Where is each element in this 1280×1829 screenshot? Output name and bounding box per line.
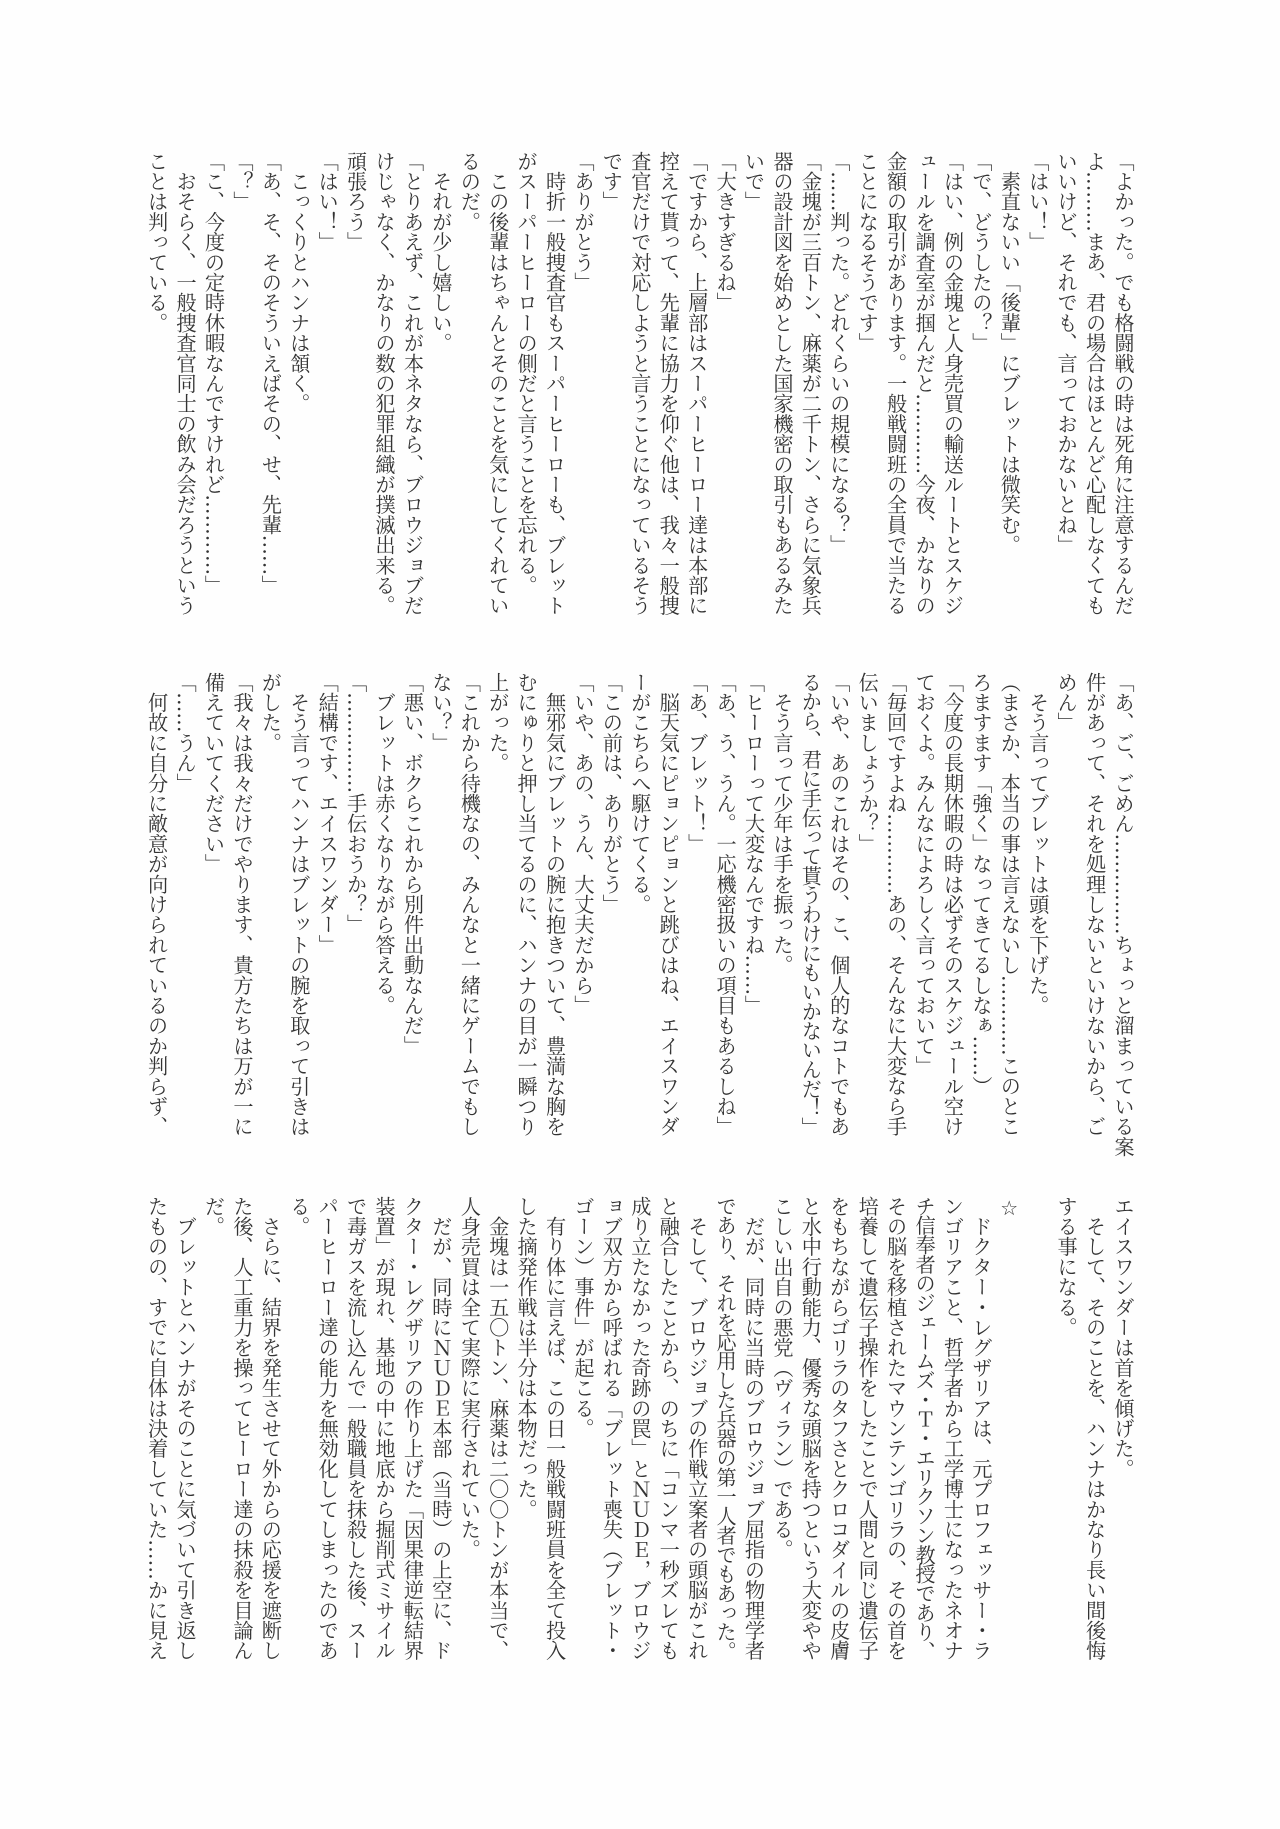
- text-line: と水中行動能力、優秀な頭脳を持つという大変やや: [796, 1196, 824, 1661]
- text-line: 「結構です、エイスワンダー」: [313, 672, 341, 1137]
- text-line: ことになるそうです」: [853, 151, 881, 616]
- text-line: 件があって、それを処理しないといけないから、ご: [1080, 672, 1108, 1137]
- text-line: 「あ、ブレット！」: [682, 672, 710, 1137]
- text-line: 培養して遺伝子操作をしたことで人間と同じ遺伝子: [853, 1196, 881, 1661]
- text-line: した摘発作戦は半分は本物だった。: [512, 1196, 540, 1661]
- text-line: いで」: [739, 151, 767, 616]
- text-line: がした。: [256, 672, 284, 1137]
- text-line: 「ありがとう」: [569, 151, 597, 616]
- text-line: 「毎回ですよね…………あの、そんなに大変なら手: [881, 672, 909, 1137]
- text-line: パーヒーロー達の能力を無効化してしまったのであ: [313, 1196, 341, 1661]
- text-line: 何故に自分に敵意が向けられているのか判らず、: [142, 672, 170, 1137]
- text-line: 「？」: [228, 151, 256, 616]
- text-line: 上がった。: [483, 672, 511, 1137]
- text-line: する事になる。: [1052, 1196, 1080, 1661]
- text-line: をもちながらゴリラのタフさとクロコダイルの皮膚: [824, 1196, 852, 1661]
- text-tier-lower: エイスワンダーは首を傾げた。 そして、そのことを、ハンナはかなり長い間後悔 する…: [142, 1196, 1137, 1661]
- text-line: 「悪い、ボクらこれから別件出動なんだ」: [398, 672, 426, 1137]
- text-line: 「ですから、上層部はスーパーヒーロー達は本部に: [682, 151, 710, 616]
- text-line: ておくよ。みんなによろしく言っておいて」: [910, 672, 938, 1137]
- text-line: 「金塊が三百トン、麻薬が二千トン、さらに気象兵: [796, 151, 824, 616]
- text-line: だが、同時にＮＵＤＥ本部（当時）の上空に、ド: [426, 1196, 454, 1661]
- text-line: 「この前は、ありがとう」: [597, 672, 625, 1137]
- text-line: 「これから待機なの、みんなと一緒にゲームでもし: [455, 672, 483, 1137]
- text-line: るのだ。: [455, 151, 483, 616]
- text-line: 備えていてください」: [199, 672, 227, 1137]
- text-line: そして、ブロウジョブの作戦立案者の頭脳がこれ: [682, 1196, 710, 1661]
- text-line: 「はい！」: [1023, 151, 1051, 616]
- text-line: ョブ双方から呼ばれる「ブレット喪失（ブレット・: [597, 1196, 625, 1661]
- text-line: 「今度の長期休暇の時は必ずそのスケジュール空け: [938, 672, 966, 1137]
- text-line: さらに、結界を発生させて外からの応援を遮断し: [256, 1196, 284, 1661]
- text-line: （まさか、本当の事は言えないし…………このとこ: [995, 672, 1023, 1137]
- text-line: 時折一般捜査官もスーパーヒーローも、ブレット: [540, 151, 568, 616]
- text-line: それが少し嬉しい。: [426, 151, 454, 616]
- text-line: こっくりとハンナは頷く。: [284, 151, 312, 616]
- text-line: そう言ってブレットは頭を下げた。: [1023, 672, 1051, 1137]
- text-line: 脳天気にピョンピョンと跳びはね、エイスワンダ: [654, 672, 682, 1137]
- text-line: 「はい、例の金塊と人身売買の輸送ルートとスケジ: [938, 151, 966, 616]
- text-line: 査官だけで対応しようと言うことになっているそう: [625, 151, 653, 616]
- text-line: 器の設計図を始めとした国家機密の取引もあるみた: [768, 151, 796, 616]
- text-line: 「……うん」: [171, 672, 199, 1137]
- text-line: いいけど、それでも、言っておかないとね」: [1052, 151, 1080, 616]
- text-line: めん」: [1052, 672, 1080, 1137]
- text-line: ブレットは赤くなりながら答える。: [370, 672, 398, 1137]
- text-line: 「はい！」: [313, 151, 341, 616]
- text-line: 頑張ろう」: [341, 151, 369, 616]
- text-line: た後、人工重力を操ってヒーロー達の抹殺を目論ん: [228, 1196, 256, 1661]
- text-line: で毒ガスを流し込んで一般職員を抹殺した後、スー: [341, 1196, 369, 1661]
- text-line: 「ヒーローって大変なんですね……」: [739, 672, 767, 1137]
- text-line: そう言って少年は手を振った。: [768, 672, 796, 1137]
- text-line: 無邪気にブレットの腕に抱きついて、豊満な胸を: [540, 672, 568, 1137]
- text-line: だ。: [199, 1196, 227, 1661]
- text-line: 「あ、そ、そのそういえばその、せ、先輩……」: [256, 151, 284, 616]
- text-line: ろますます「強く」なってきてるしなぁ……）: [966, 672, 994, 1137]
- text-line: 「……………手伝おうか？」: [341, 672, 369, 1137]
- text-line: と融合したことから、のちに「コンマ一秒ズレても: [654, 1196, 682, 1661]
- text-line: エイスワンダーは首を傾げた。: [1109, 1196, 1137, 1661]
- text-line: おそらく、一般捜査官同士の飲み会だろうという: [171, 151, 199, 616]
- text-line: 人身売買は全て実際に実行されていた。: [455, 1196, 483, 1661]
- text-line: 「あ、う、うん。一応機密扱いの項目もあるしね」: [711, 672, 739, 1137]
- text-line: るから、君に手伝って貰うわけにもいかないんだ！」: [796, 672, 824, 1137]
- text-tier-middle: 「あ、ご、ごめん……………ちょっと溜まっている案 件があって、それを処理しないと…: [142, 672, 1137, 1137]
- text-line: 素直ないい「後輩」にブレットは微笑む。: [995, 151, 1023, 616]
- text-line: こしい出自の悪党（ヴィラン）である。: [768, 1196, 796, 1661]
- text-line: チ信奉者のジェームズ・Ｔ・エリクソン教授であり、: [910, 1196, 938, 1661]
- text-line: けじゃなく、かなりの数の犯罪組織が撲滅出来る。: [370, 151, 398, 616]
- text-line: です」: [597, 151, 625, 616]
- text-line: ゴーン）事件」が起こる。: [569, 1196, 597, 1661]
- text-line: る。: [284, 1196, 312, 1661]
- text-line: がスーパーヒーローの側だと言うことを忘れる。: [512, 151, 540, 616]
- text-line: 装置」が現れ、基地の中に地底から掘削式ミサイル: [370, 1196, 398, 1661]
- text-line: むにゅりと押し当てるのに、ハンナの目が一瞬つり: [512, 672, 540, 1137]
- text-tier-upper: 「よかった。でも格闘戦の時は死角に注意するんだ よ………まあ、君の場合はほとんど…: [142, 151, 1137, 616]
- text-line: ンゴリアこと、哲学者から工学博士になったネオナ: [938, 1196, 966, 1661]
- text-line: ない？」: [426, 672, 454, 1137]
- text-line: 控えて貰って、先輩に協力を仰ぐ他は、我々一般捜: [654, 151, 682, 616]
- text-line: ドクター・レグザリアは、元プロフェッサー・ラ: [966, 1196, 994, 1661]
- document-page: 「よかった。でも格闘戦の時は死角に注意するんだ よ………まあ、君の場合はほとんど…: [0, 0, 1280, 1829]
- text-line: ーがこちらへ駆けてくる。: [625, 672, 653, 1137]
- text-line: 伝いましょうか？」: [853, 672, 881, 1137]
- text-line: そして、そのことを、ハンナはかなり長い間後悔: [1080, 1196, 1108, 1661]
- section-break-star-icon: ☆: [995, 1196, 1023, 1661]
- text-line: ュールを調査室が掴んだと…………今夜、かなりの: [910, 151, 938, 616]
- text-line: この後輩はちゃんとそのことを気にしてくれてい: [483, 151, 511, 616]
- text-line: 有り体に言えば、この日一般戦闘班員を全て投入: [540, 1196, 568, 1661]
- text-line: ことは判っている。: [142, 151, 170, 616]
- text-line: 「で、どうしたの？」: [966, 151, 994, 616]
- text-line: ブレットとハンナがそのことに気づいて引き返し: [171, 1196, 199, 1661]
- text-line: であり、それを応用した兵器の第一人者でもあった。: [711, 1196, 739, 1661]
- text-line: 「大きすぎるね」: [711, 151, 739, 616]
- text-line: そう言ってハンナはブレットの腕を取って引きは: [284, 672, 312, 1137]
- text-line: 「あ、ご、ごめん……………ちょっと溜まっている案: [1109, 672, 1137, 1137]
- text-line: たものの、すでに自体は決着していた……かに見え: [142, 1196, 170, 1661]
- text-line: 「いや、あの、うん、大丈夫だから」: [569, 672, 597, 1137]
- text-line: 「よかった。でも格闘戦の時は死角に注意するんだ: [1109, 151, 1137, 616]
- text-line: 金額の取引があります。一般戦闘班の全員で当たる: [881, 151, 909, 616]
- text-line: クター・レグザリアの作り上げた「因果律逆転結界: [398, 1196, 426, 1661]
- text-line: よ………まあ、君の場合はほとんど心配しなくても: [1080, 151, 1108, 616]
- text-line: その脳を移植されたマウンテンゴリラの、その首を: [881, 1196, 909, 1661]
- text-line: 「いや、あのこれはその、こ、個人的なコトでもあ: [824, 672, 852, 1137]
- text-line: だが、同時に当時のブロウジョブ屈指の物理学者: [739, 1196, 767, 1661]
- text-line: 成り立たなかった奇跡の罠」とＮＵＤＥ，ブロウジ: [625, 1196, 653, 1661]
- text-line: 「我々は我々だけでやります、貴方たちは万が一に: [228, 672, 256, 1137]
- text-line: 「こ、今度の定時休暇なんですけれど…………」: [199, 151, 227, 616]
- text-line: 「とりあえず、これが本ネタなら、ブロウジョブだ: [398, 151, 426, 616]
- blank-line: [1023, 1196, 1051, 1661]
- text-line: 「……判った。どれくらいの規模になる？」: [824, 151, 852, 616]
- text-line: 金塊は一五〇トン、麻薬は二〇〇トンが本当で、: [483, 1196, 511, 1661]
